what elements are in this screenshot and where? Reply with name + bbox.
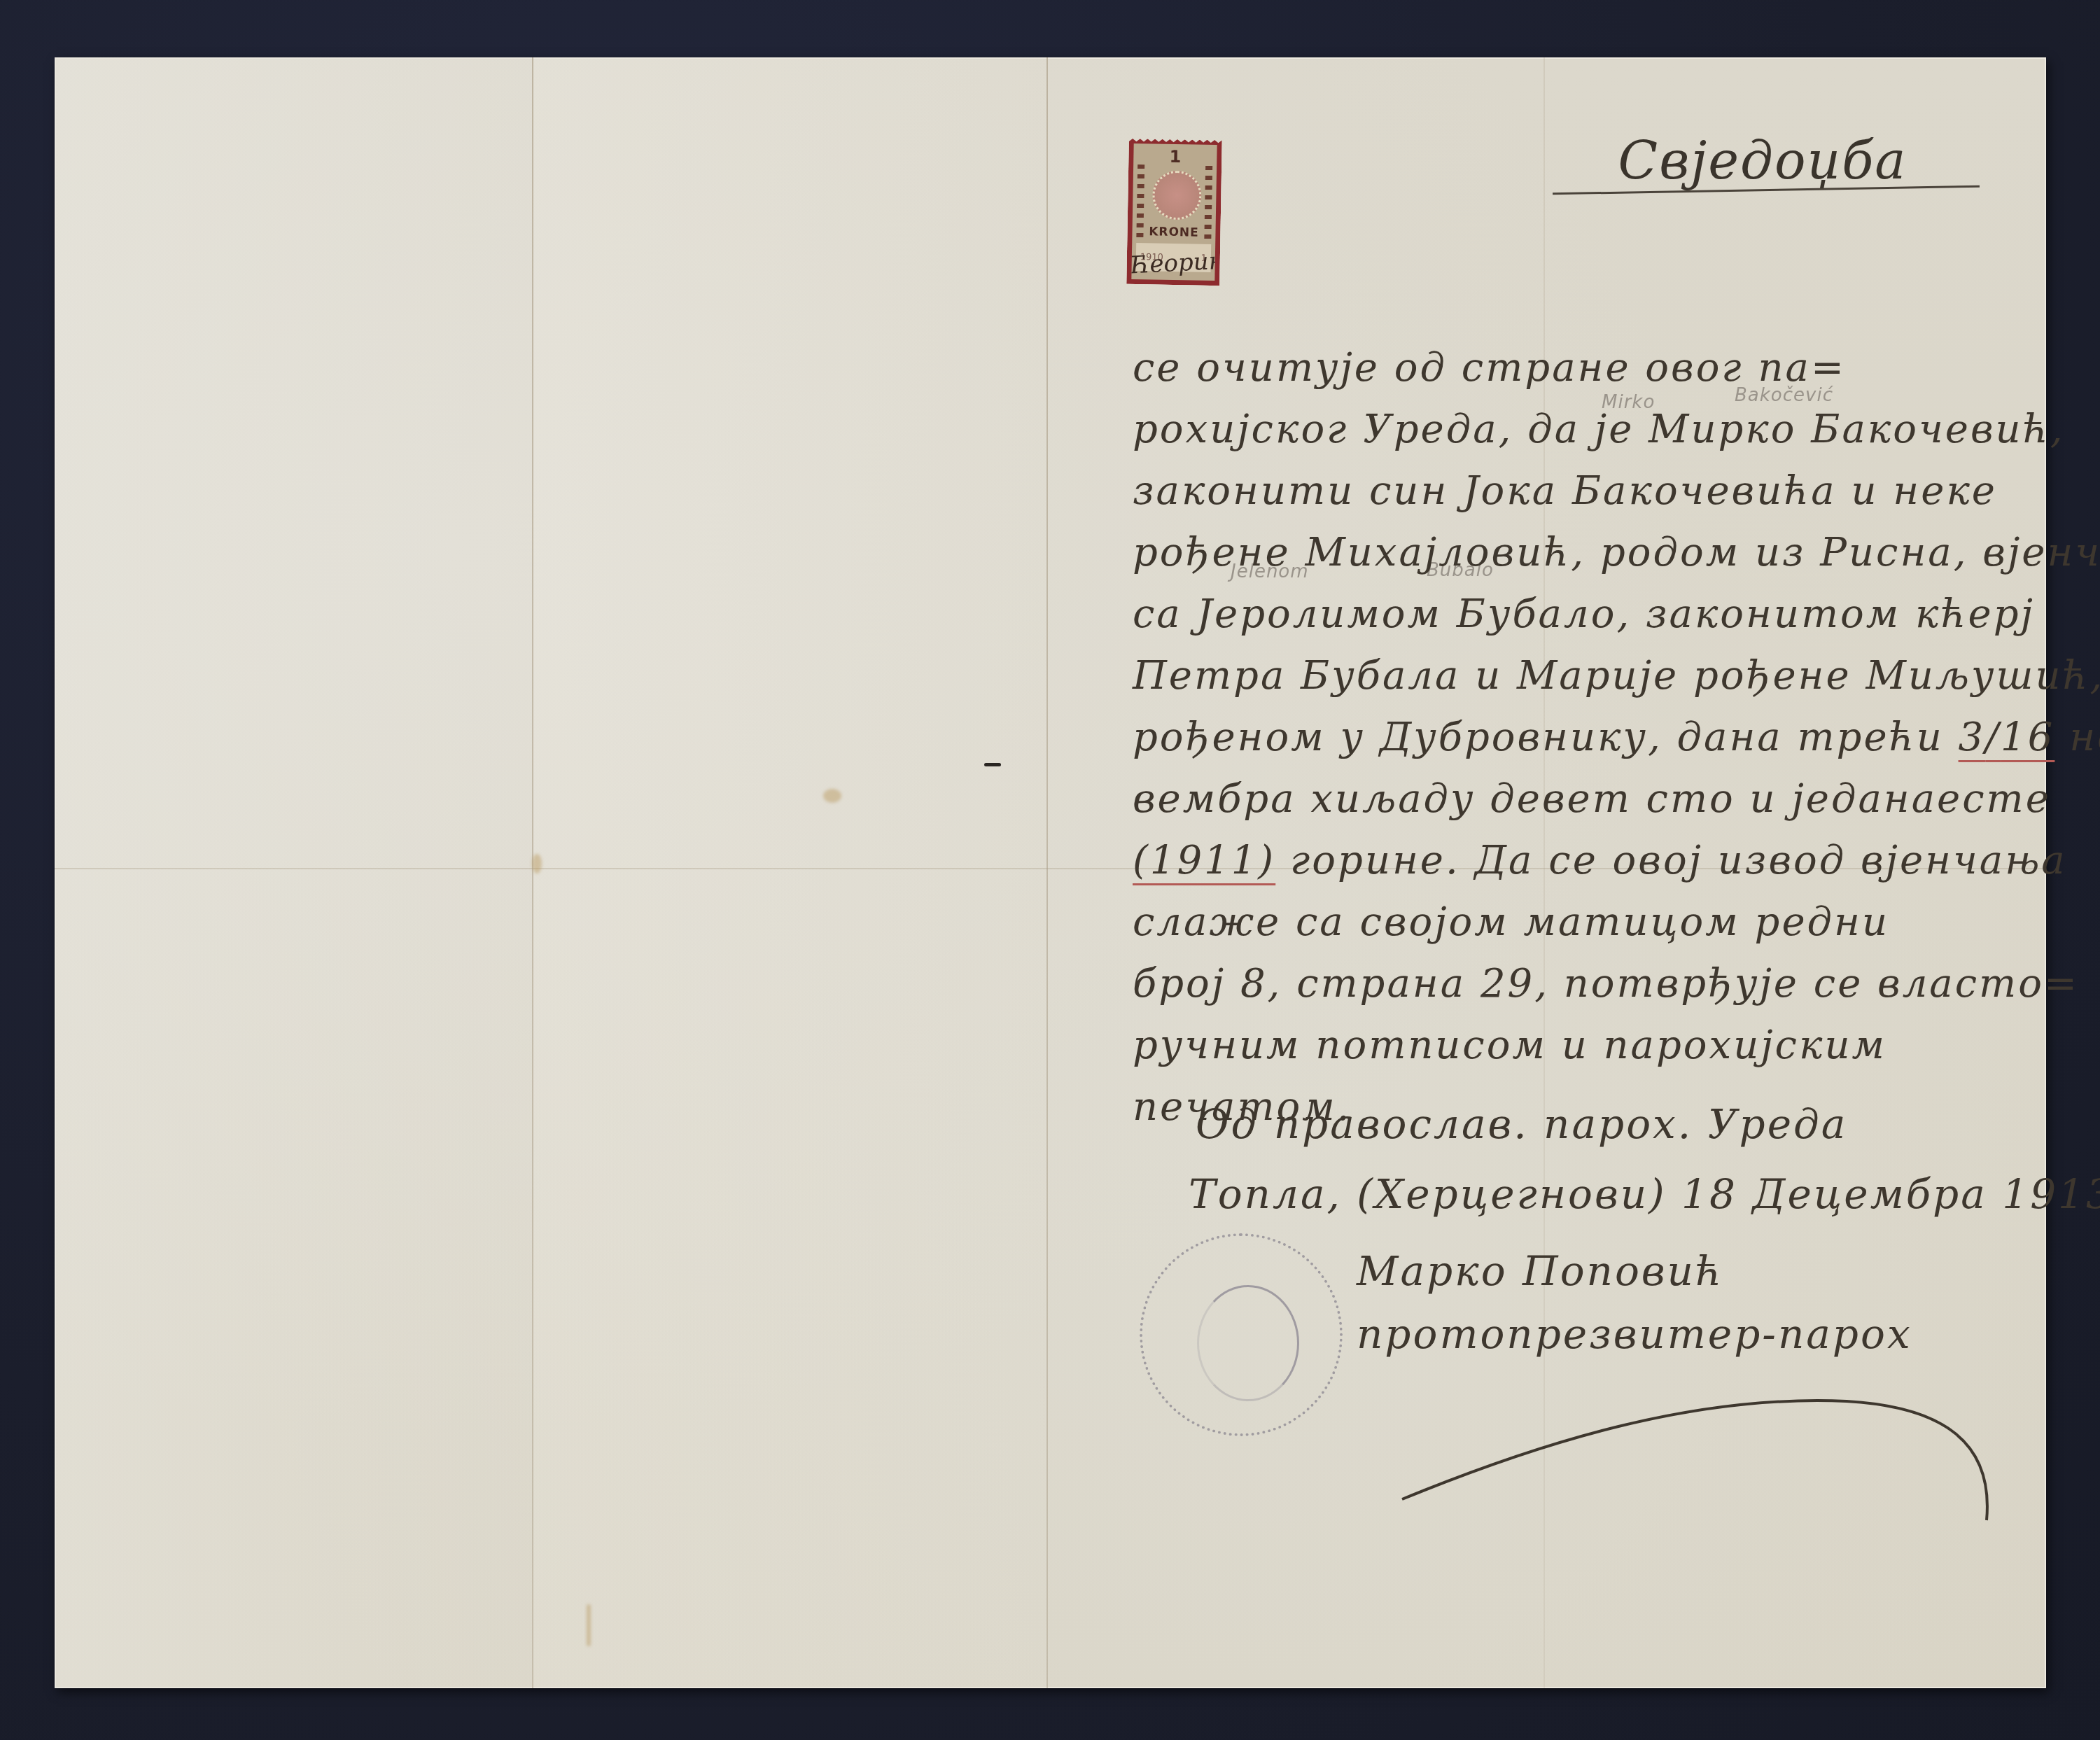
- body-line: вембра хиљаду девет сто и једанаесте: [1133, 769, 2029, 830]
- body-line: законити син Јока Бакочевића и неке: [1133, 461, 2029, 522]
- date-fraction: 3/16: [1959, 715, 2055, 760]
- issuing-office: Од православ. парох. Уреда: [1196, 1100, 2036, 1148]
- emperor-portrait-icon: [1152, 170, 1202, 220]
- body-line: број 8, страна 29, потврђује се власто=: [1133, 953, 2029, 1015]
- seal-emblem: [1197, 1285, 1299, 1401]
- document-title: Свједоџба: [1618, 131, 1907, 191]
- certificate-content: Свједоџба 1 KRONE 1910 1 Ћеорин Mirko Ba…: [1063, 57, 2043, 1688]
- signature-flourish: [1399, 1387, 2043, 1527]
- fold-line-middle: [1046, 57, 1048, 1688]
- body-line: рохијског Уреда, да је Мирко Бакочевић,: [1133, 399, 2029, 461]
- middle-fold-panel: [532, 57, 1046, 1688]
- stamp-currency: KRONE: [1132, 225, 1215, 240]
- stray-ink-mark: [984, 763, 1001, 766]
- body-line: ручним потписом и парохијским: [1133, 1015, 2029, 1076]
- foxing-stain: [532, 854, 542, 873]
- body-line-with-date: рођеном у Дубровнику, дана трећи 3/16 но…: [1133, 707, 2029, 769]
- left-fold-panel: [55, 57, 532, 1688]
- stamp-value: 1: [1133, 146, 1217, 167]
- revenue-stamp: 1 KRONE 1910 1 Ћеорин: [1126, 139, 1222, 286]
- signature-name: Марко Поповић: [1357, 1247, 2100, 1295]
- fold-line-left: [532, 57, 533, 1688]
- signature-title: протопрезвитер-парох: [1357, 1310, 2100, 1358]
- place-and-date: Топла, (Херцегнови) 18 Децембра 1913: [1189, 1170, 2029, 1218]
- body-line: рођене Михајловић, родом из Рисна, вјенч…: [1133, 522, 2029, 584]
- foxing-stain: [823, 789, 841, 803]
- body-line: Петра Бубала и Марије рођене Миљушић,: [1133, 645, 2029, 707]
- stamp-cancellation: Ћеорин: [1131, 247, 1217, 280]
- document-paper: Свједоџба 1 KRONE 1910 1 Ћеорин Mirko Ba…: [55, 57, 2046, 1688]
- foxing-stain: [587, 1604, 591, 1646]
- body-line: са Јеролимом Бубало, законитом кћерј: [1133, 584, 2029, 645]
- body-line-with-year: (1911) горине. Да се овој извод вјенчања: [1133, 830, 2029, 892]
- embossed-seal: [1140, 1233, 1343, 1436]
- certificate-body: се очитује од стране овог па= рохијског …: [1133, 337, 2029, 1138]
- year-boxed: (1911): [1133, 838, 1275, 883]
- body-line: се очитује од стране овог па=: [1133, 337, 2029, 399]
- body-line: слаже са својом матицом редни: [1133, 892, 2029, 953]
